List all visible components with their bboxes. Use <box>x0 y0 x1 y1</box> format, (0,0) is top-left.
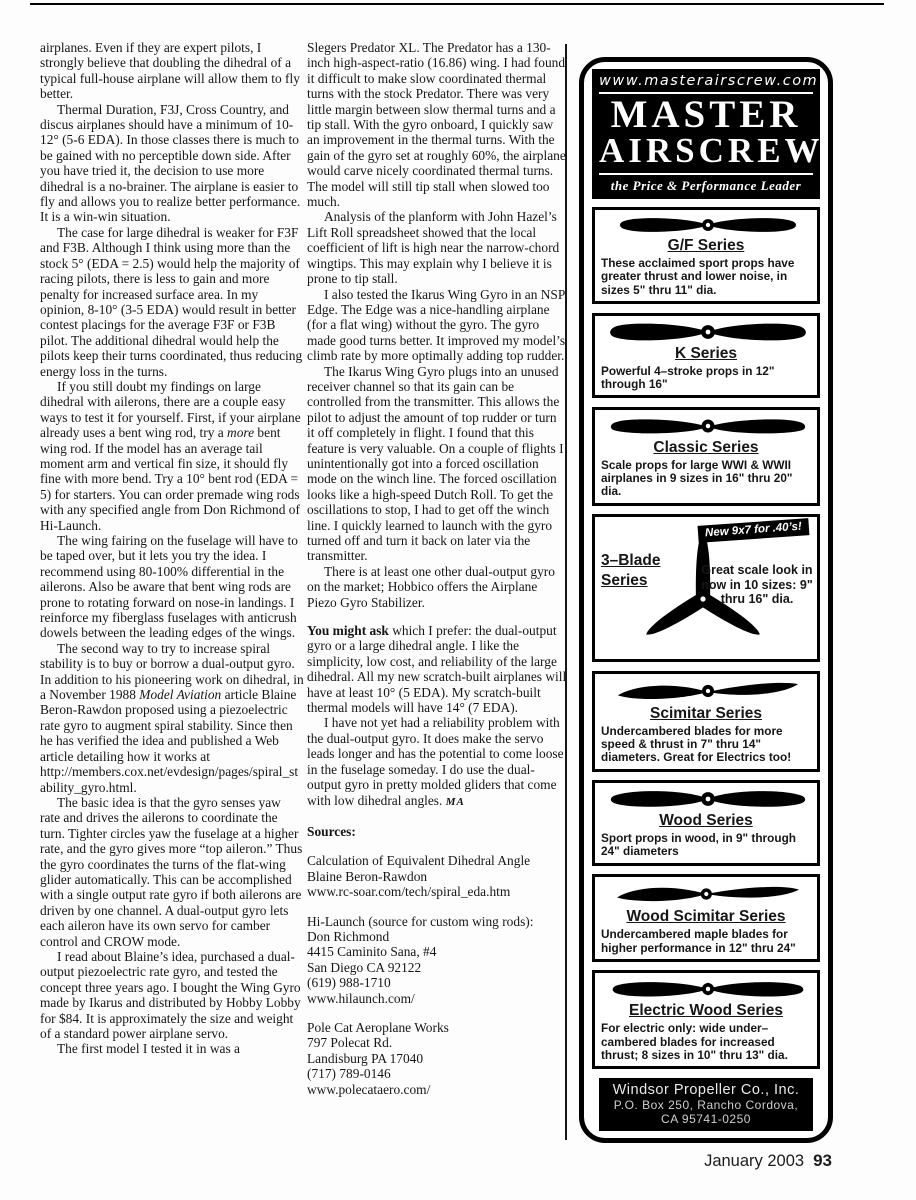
paragraph: The basic idea is that the gyro senses y… <box>40 795 304 949</box>
paragraph: There is at least one other dual-output … <box>307 564 567 610</box>
source-line: Landisburg PA 17040 <box>307 1051 567 1066</box>
propeller-icon <box>601 320 815 344</box>
source-line: Don Richmond <box>307 929 567 944</box>
page-number: 93 <box>813 1151 832 1170</box>
ad-series-box-k: K Series Powerful 4–stroke props in 12" … <box>592 313 820 399</box>
sources-heading: Sources: <box>307 824 567 839</box>
paragraph: The first model I tested it in was a <box>40 1041 304 1056</box>
source-url: www.rc-soar.com/tech/spiral_eda.htm <box>307 884 567 899</box>
paragraph: I also tested the Ikarus Wing Gyro in an… <box>307 287 567 364</box>
ad-series-box-electric-wood: Electric Wood Series For electric only: … <box>592 970 820 1069</box>
source-line: (619) 988-1710 <box>307 975 567 990</box>
paragraph-run-italic: more <box>227 425 254 440</box>
series-description: Undercambered maple blades for higher pe… <box>601 928 811 955</box>
paragraph: Analysis of the planform with John Hazel… <box>307 209 567 286</box>
source-url: www.hilaunch.com/ <box>307 991 567 1006</box>
source-line: San Diego CA 92122 <box>307 960 567 975</box>
ad-series-box-classic: Classic Series Scale props for large WWI… <box>592 407 820 506</box>
series-title: Scimitar Series <box>601 705 811 723</box>
paragraph: If you still doubt my findings on large … <box>40 379 304 533</box>
paragraph-run-italic: Model Aviation <box>139 687 221 702</box>
paragraph-run-bold: You might ask <box>307 623 389 638</box>
master-airscrew-ad: www.masterairscrew.com MASTER AIRSCREW t… <box>579 57 833 1143</box>
paragraph: I have not yet had a reliability problem… <box>307 715 567 809</box>
series-description: Powerful 4–stroke props in 12" through 1… <box>601 365 811 392</box>
series-title: 3–Blade Series <box>601 551 677 590</box>
page-footer: January 200393 <box>704 1151 832 1171</box>
company-address-line: CA 95741-0250 <box>601 1112 811 1126</box>
ad-series-box-3blade: 3–Blade Series New 9x7 for .40’s! Great … <box>592 514 820 662</box>
series-title: Wood Series <box>601 812 811 830</box>
paragraph: The Ikarus Wing Gyro plugs into an unuse… <box>307 364 567 564</box>
source-line: 4415 Caminito Sana, #4 <box>307 944 567 959</box>
paragraph: The case for large dihedral is weaker fo… <box>40 225 304 379</box>
ad-masthead: www.masterairscrew.com MASTER AIRSCREW t… <box>592 69 820 199</box>
series-description: Scale props for large WWI & WWII airplan… <box>601 459 811 499</box>
series-description: Undercambered blades for more speed & th… <box>601 725 811 765</box>
series-description: Great scale look in now in 10 sizes: 9" … <box>701 563 813 606</box>
propeller-icon <box>601 977 815 1001</box>
paragraph: You might ask which I prefer: the dual-o… <box>307 623 567 715</box>
ad-brand-name: MASTER <box>599 96 813 134</box>
series-title: Wood Scimitar Series <box>601 908 811 926</box>
paragraph-run: I have not yet had a reliability problem… <box>307 715 564 807</box>
article-column-left: airplanes. Even if they are expert pilot… <box>40 40 304 1057</box>
source-entry: Pole Cat Aeroplane Works 797 Polecat Rd.… <box>307 1020 567 1097</box>
source-line: Hi-Launch (source for custom wing rods): <box>307 914 567 929</box>
paragraph: Slegers Predator XL. The Predator has a … <box>307 40 567 209</box>
series-title: Electric Wood Series <box>601 1002 811 1020</box>
propeller-icon <box>601 214 815 236</box>
series-description: These acclaimed sport props have greater… <box>601 257 811 297</box>
source-entry: Hi-Launch (source for custom wing rods):… <box>307 914 567 1006</box>
ad-tagline: the Price & Performance Leader <box>599 173 813 194</box>
propeller-icon <box>601 414 815 438</box>
source-line: Calculation of Equivalent Dihedral Angle <box>307 853 567 868</box>
paragraph: airplanes. Even if they are expert pilot… <box>40 40 304 102</box>
company-address-line: P.O. Box 250, Rancho Cordova, <box>601 1098 811 1112</box>
paragraph: Thermal Duration, F3J, Cross Country, an… <box>40 102 304 225</box>
ad-series-box-scimitar: Scimitar Series Undercambered blades for… <box>592 671 820 772</box>
paragraph: The wing fairing on the fuselage will ha… <box>40 533 304 641</box>
company-name: Windsor Propeller Co., Inc. <box>601 1082 811 1098</box>
source-line: Blaine Beron-Rawdon <box>307 869 567 884</box>
series-description: Sport props in wood, in 9" through 24" d… <box>601 832 811 859</box>
ad-series-box-wood-scimitar: Wood Scimitar Series Undercambered maple… <box>592 874 820 962</box>
article-column-middle: Slegers Predator XL. The Predator has a … <box>307 40 567 1097</box>
scimitar-propeller-icon <box>601 678 815 704</box>
column-divider-rule <box>565 44 567 1140</box>
issue-date: January 2003 <box>704 1152 804 1170</box>
ad-series-box-gf: G/F Series These acclaimed sport props h… <box>592 207 820 304</box>
ad-company-address: Windsor Propeller Co., Inc. P.O. Box 250… <box>599 1078 813 1131</box>
series-title: Classic Series <box>601 439 811 457</box>
ad-website-url: www.masterairscrew.com <box>599 73 813 94</box>
series-title: G/F Series <box>601 237 811 255</box>
series-description: For electric only: wide under–cambered b… <box>601 1022 811 1062</box>
ad-brand-name: AIRSCREW <box>599 134 813 168</box>
paragraph-run: bent wing rod. If the model has an avera… <box>40 425 300 532</box>
source-line: Pole Cat Aeroplane Works <box>307 1020 567 1035</box>
page-top-rule <box>30 3 884 5</box>
source-line: 797 Polecat Rd. <box>307 1035 567 1050</box>
source-entry: Calculation of Equivalent Dihedral Angle… <box>307 853 567 899</box>
propeller-icon <box>601 787 815 811</box>
paragraph-run: article Blaine Beron-Rawdon proposed usi… <box>40 687 298 794</box>
source-line: (717) 789-0146 <box>307 1066 567 1081</box>
ma-end-logo: MA <box>446 796 465 808</box>
scimitar-propeller-icon <box>601 881 815 907</box>
ad-series-box-wood: Wood Series Sport props in wood, in 9" t… <box>592 780 820 866</box>
paragraph: I read about Blaine’s idea, purchased a … <box>40 949 304 1041</box>
paragraph: The second way to try to increase spiral… <box>40 641 304 795</box>
series-title: K Series <box>601 345 811 363</box>
source-url: www.polecataero.com/ <box>307 1082 567 1097</box>
